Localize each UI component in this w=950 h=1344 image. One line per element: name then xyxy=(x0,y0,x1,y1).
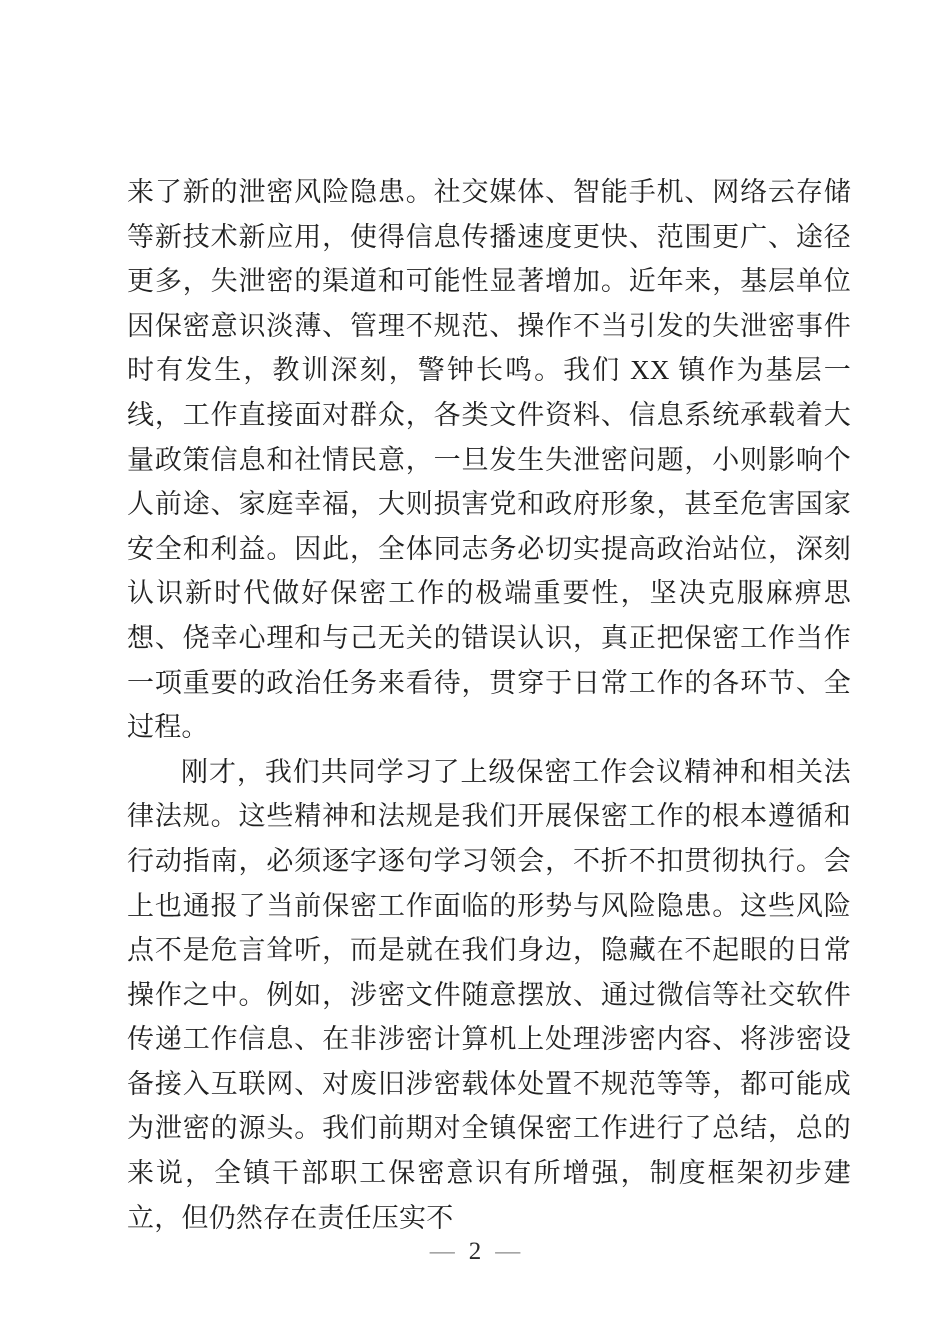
document-body: 来了新的泄密风险隐患。社交媒体、智能手机、网络云存储等新技术新应用，使得信息传播… xyxy=(127,170,851,1240)
footer-dash-right: — xyxy=(495,1238,520,1266)
paragraph-continuation: 来了新的泄密风险隐患。社交媒体、智能手机、网络云存储等新技术新应用，使得信息传播… xyxy=(127,170,851,750)
page-footer: — 2 — xyxy=(0,1238,950,1266)
paragraph-second: 刚才，我们共同学习了上级保密工作会议精神和相关法律法规。这些精神和法规是我们开展… xyxy=(127,750,851,1241)
page-number: 2 xyxy=(469,1238,482,1266)
document-page: 来了新的泄密风险隐患。社交媒体、智能手机、网络云存储等新技术新应用，使得信息传播… xyxy=(0,0,950,1344)
footer-dash-left: — xyxy=(430,1238,455,1266)
